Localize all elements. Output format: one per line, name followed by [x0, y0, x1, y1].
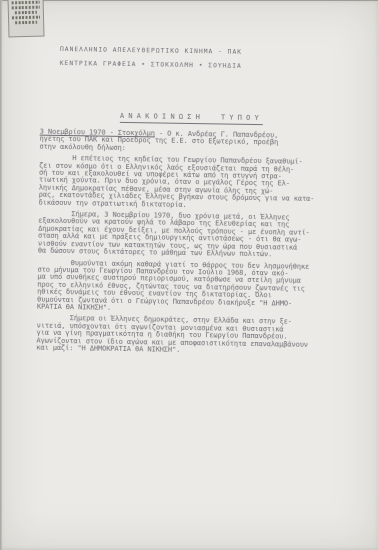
document-title-text: ΑΝΑΚΟΙΝΩΣΗ ΤΥΠΟΥ [120, 112, 263, 125]
document-body: 3 Νοεμβρίου 1970 - Στοκχόλμη - Ο κ. Ανδρ… [36, 129, 360, 357]
document-title: ΑΝΑΚΟΙΝΩΣΗ ΤΥΠΟΥ [2, 101, 379, 126]
paragraph: Σήμερα, 3 Νοεμβρίου 1970, δυο χρόνια μετ… [38, 211, 360, 260]
paragraph: Θυμούνται ακόμη καθαρά γιατί το θάρρος τ… [37, 259, 359, 316]
paragraph: Σήμερα οι Έλληνες δημοκράτες, στην Ελλάδ… [36, 315, 358, 357]
letterhead-address: ΚΕΝΤΡΙΚΑ ΓΡΑΦΕΙΑ • ΣΤΟΚΧΟΛΜΗ • ΣΟΥΗΔΙΑ [60, 60, 242, 70]
typewritten-text-block: ΠΑΝΕΛΛΗΝΙΟ ΑΠΕΛΕΥΘΕΡΩΤΙΚΟ ΚΙΝΗΜΑ - ΠΑΚ Κ… [0, 0, 379, 550]
paragraph-intro: 3 Νοεμβρίου 1970 - Στοκχόλμη - Ο κ. Ανδρ… [39, 129, 360, 156]
letterhead-organization: ΠΑΝΕΛΛΗΝΙΟ ΑΠΕΛΕΥΘΕΡΩΤΙΚΟ ΚΙΝΗΜΑ - ΠΑΚ [60, 46, 242, 56]
paragraph: Η επέτειος της κηδείας του Γεωργίου Παπα… [39, 155, 361, 212]
scanned-document-page: ΠΑΝΕΛΛΗΝΙΟ ΑΠΕΛΕΥΘΕΡΩΤΙΚΟ ΚΙΝΗΜΑ - ΠΑΚ Κ… [0, 0, 379, 550]
